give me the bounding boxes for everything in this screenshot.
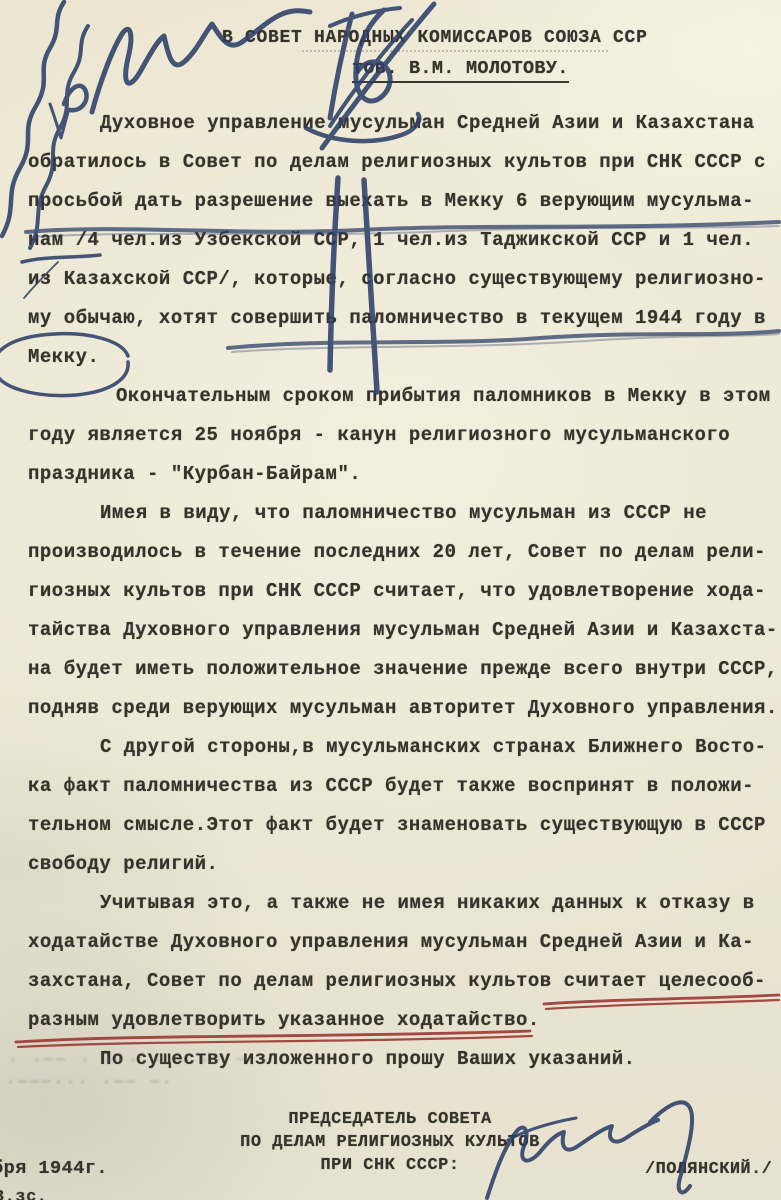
text-line: Духовное управление мусульман Средней Аз… <box>28 112 776 151</box>
typed-signer-name: /ПОЛЯНСКИЙ./ <box>645 1160 772 1179</box>
addressee-organization: В СОВЕТ НАРОДНЫХ КОМИССАРОВ СОЮЗА ССР <box>222 28 648 48</box>
text-line: Имея в виду, что паломничество мусульман… <box>28 502 776 541</box>
text-line: производилось в течение последних 20 лет… <box>28 541 776 580</box>
text-line: году является 25 ноября - канун религиоз… <box>28 424 776 463</box>
date-fragment: бря 1944г. <box>0 1158 108 1179</box>
text-line: обратилось в Совет по делам религиозных … <box>28 151 776 190</box>
text-line: Окончательным сроком прибытия паломников… <box>28 385 776 424</box>
text-line: захстана, Совет по делам религиозных кул… <box>28 970 776 1009</box>
document-page: В СОВЕТ НАРОДНЫХ КОМИССАРОВ СОЮЗА ССР то… <box>0 0 781 1200</box>
text-line: С другой стороны,в мусульманских странах… <box>28 736 776 775</box>
text-line: нам /4 чел.из Узбекской ССР, 1 чел.из Та… <box>28 229 776 268</box>
signer-title-line: ПРЕДСЕДАТЕЛЬ СОВЕТА <box>160 1108 620 1131</box>
text-line: из Казахской ССР/, которые, согласно сущ… <box>28 268 776 307</box>
handwriting-date-mark <box>356 10 390 101</box>
text-line: на будет иметь положительное значение пр… <box>28 658 776 697</box>
text-line: гиозных культов при СНК СССР считает, чт… <box>28 580 776 619</box>
text-line: му обычаю, хотят совершить паломничество… <box>28 307 776 346</box>
text-line: свободу религий. <box>28 853 776 892</box>
text-line: ходатайстве Духовного управления мусульм… <box>28 931 776 970</box>
text-line: праздника - "Курбан-Байрам". <box>28 463 776 502</box>
reference-fragment: 3.зс. <box>0 1188 48 1200</box>
text-line: просьбой дать разрешение выехать в Мекку… <box>28 190 776 229</box>
addressee-person: тов. В.М. МОЛОТОВУ. <box>352 58 569 83</box>
faint-stamp-line: ·───··· ·── ─· <box>6 1074 174 1091</box>
document-body: Духовное управление мусульман Средней Аз… <box>28 112 776 1087</box>
faint-stamp-line: · ·── · ··· · · ·· ─ · <box>8 1052 272 1069</box>
text-line: Учитывая это, а также не имея никаких да… <box>28 892 776 931</box>
signature-block: ПРЕДСЕДАТЕЛЬ СОВЕТА ПО ДЕЛАМ РЕЛИГИОЗНЫХ… <box>160 1108 620 1177</box>
text-line: Мекку. <box>28 346 776 385</box>
handwriting-signature-top <box>92 11 310 112</box>
faint-dotted-line <box>302 47 608 52</box>
handwriting-date-mark <box>330 8 400 26</box>
text-line: тельном смысле.Этот факт будет знаменова… <box>28 814 776 853</box>
text-line: подняв среди верующих мусульман авторите… <box>28 697 776 736</box>
text-line: разным удовлетворить указанное ходатайст… <box>28 1009 776 1048</box>
text-line: тайства Духовного управления мусульман С… <box>28 619 776 658</box>
signer-title-line: ПРИ СНК СССР: <box>160 1154 620 1177</box>
text-line: ка факт паломничества из СССР будет такж… <box>28 775 776 814</box>
handwriting-signature-top <box>64 86 87 111</box>
signer-title-line: ПО ДЕЛАМ РЕЛИГИОЗНЫХ КУЛЬТОВ <box>160 1131 620 1154</box>
